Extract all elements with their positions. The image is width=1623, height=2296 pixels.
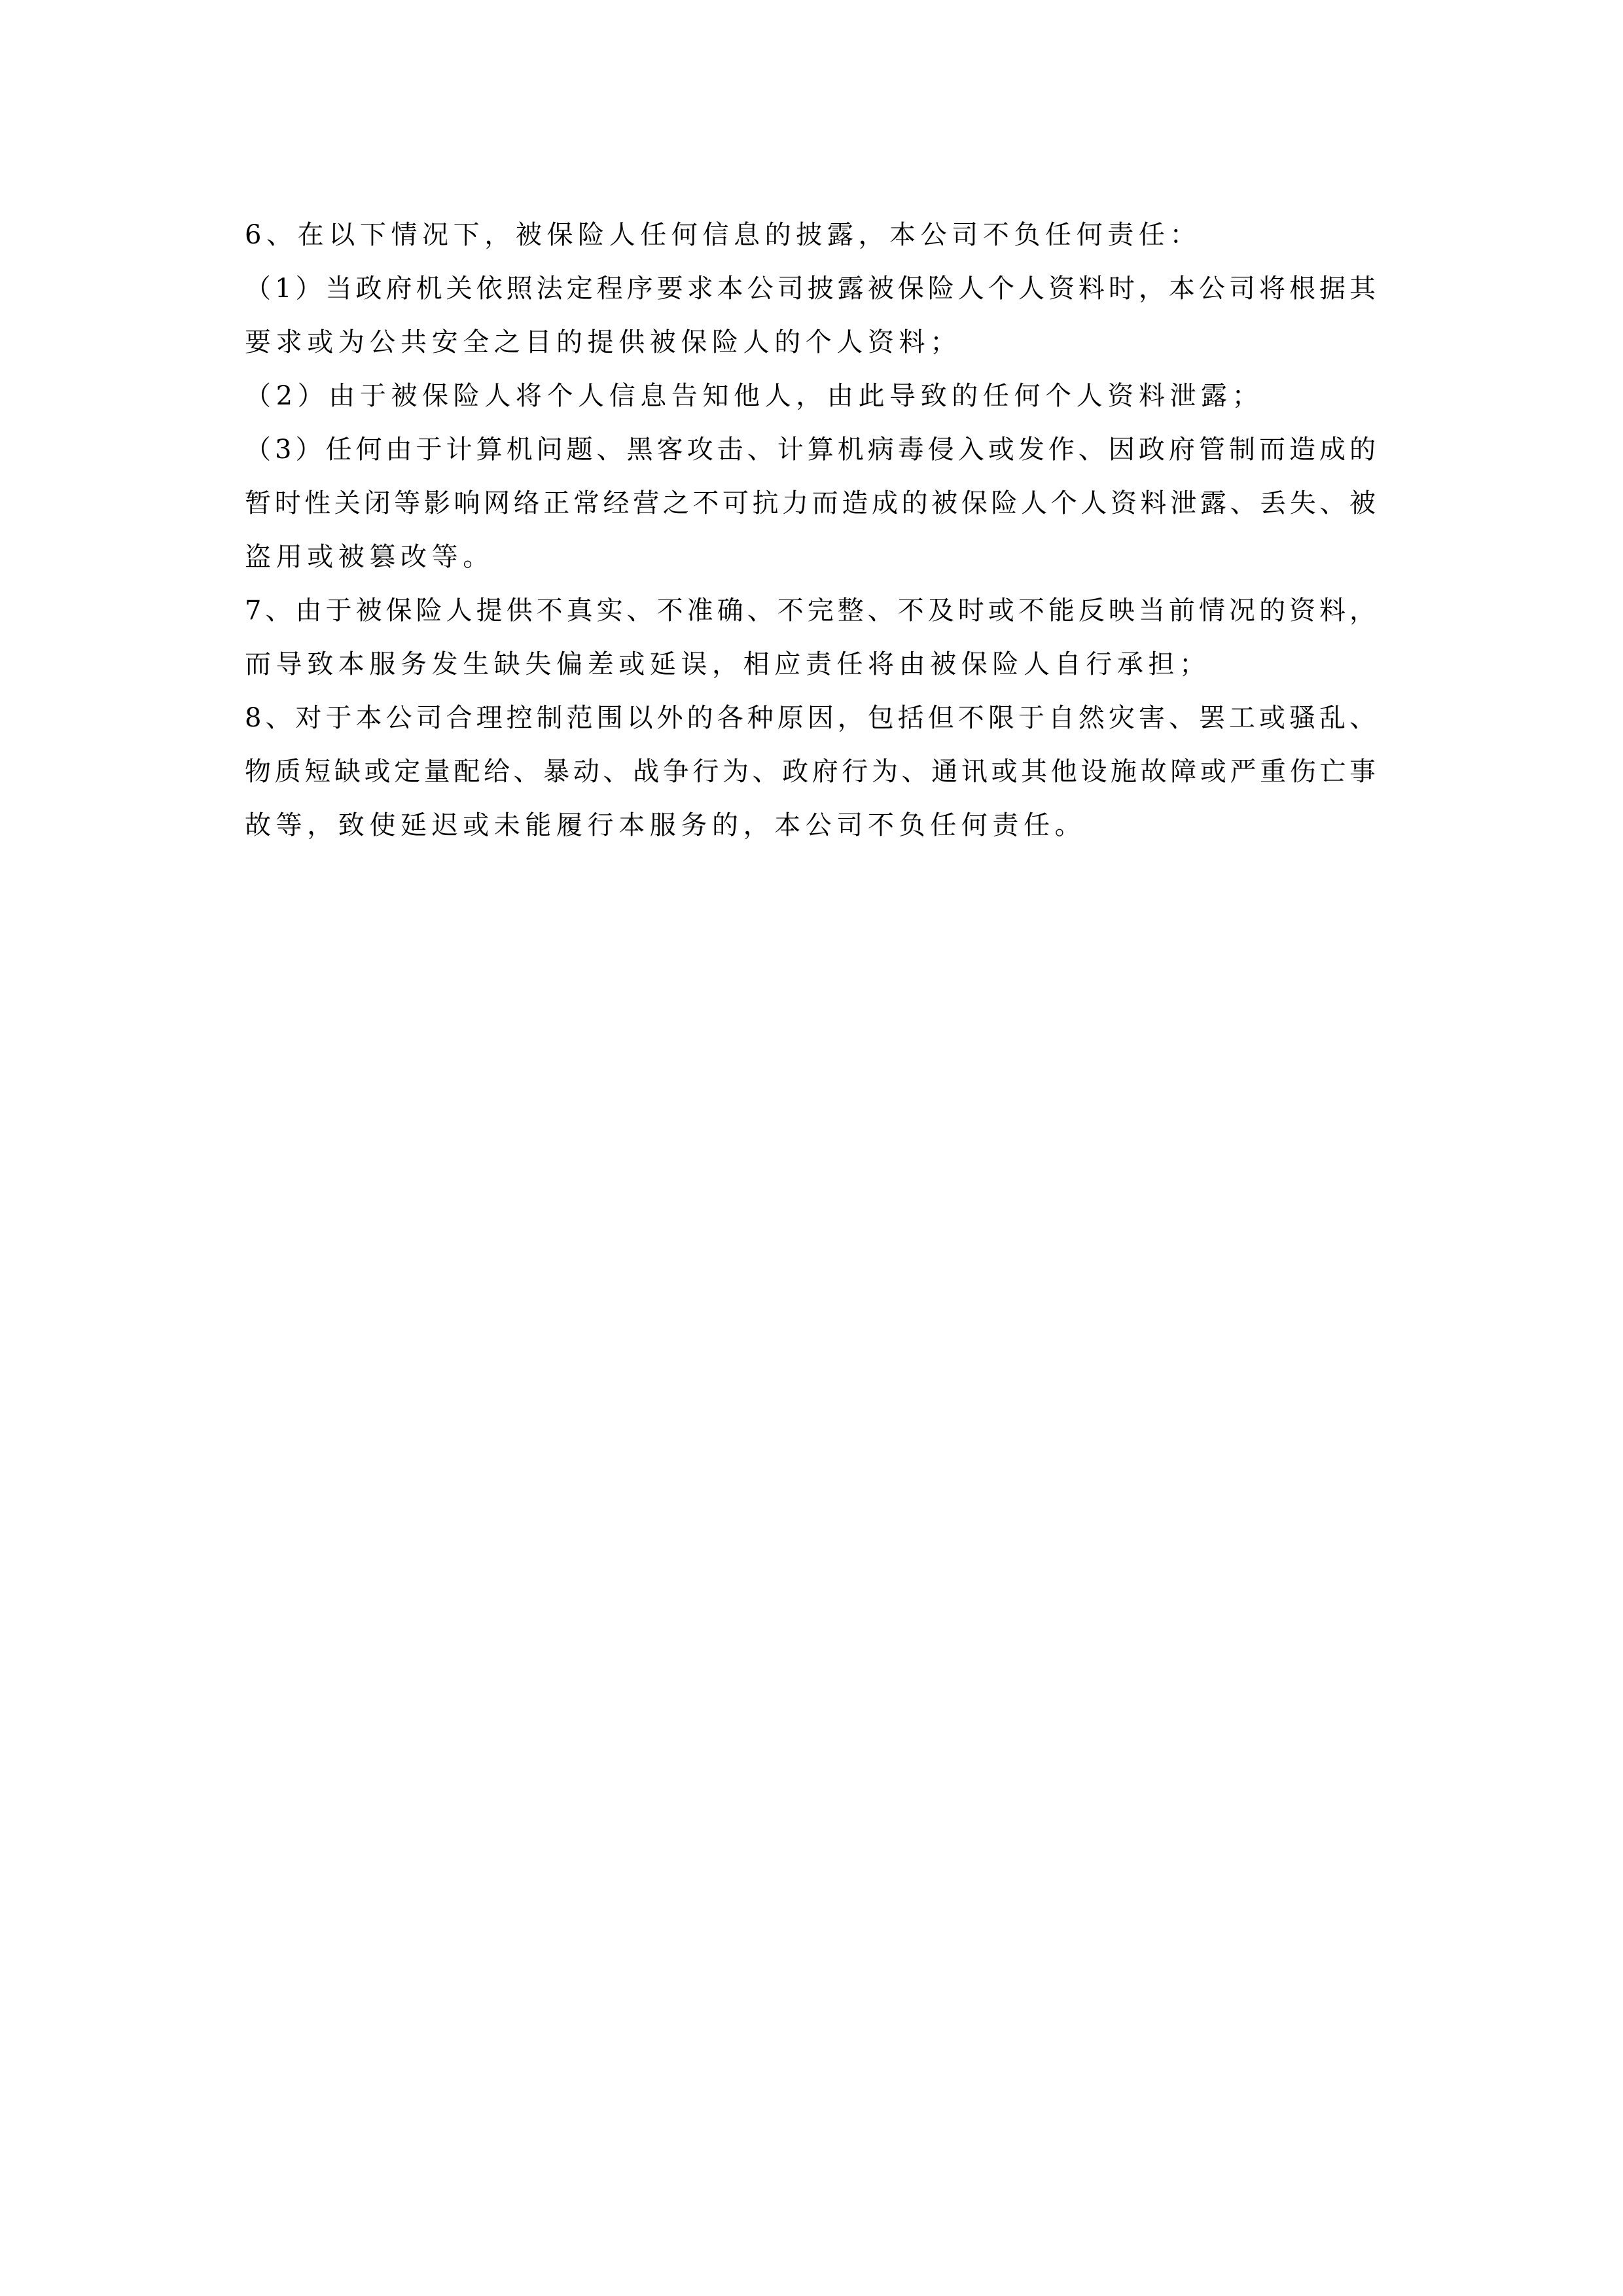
clause-6-3: （3）任何由于计算机问题、黑客攻击、计算机病毒侵入或发作、因政府管制而造成的 暂… bbox=[245, 423, 1376, 584]
paragraph-line: 故等，致使延迟或未能履行本服务的，本公司不负任何责任。 bbox=[245, 798, 1376, 852]
paragraph-line: 要求或为公共安全之目的提供被保险人的个人资料； bbox=[245, 315, 1376, 369]
paragraph-line: 物质短缺或定量配给、暴动、战争行为、政府行为、通讯或其他设施故障或严重伤亡事 bbox=[245, 745, 1376, 798]
paragraph-line: 盗用或被篡改等。 bbox=[245, 530, 1376, 584]
clause-6-2: （2）由于被保险人将个人信息告知他人，由此导致的任何个人资料泄露； bbox=[245, 369, 1376, 423]
paragraph-line: 8、对于本公司合理控制范围以外的各种原因，包括但不限于自然灾害、罢工或骚乱、 bbox=[245, 691, 1376, 745]
paragraph-line: （3）任何由于计算机问题、黑客攻击、计算机病毒侵入或发作、因政府管制而造成的 bbox=[245, 423, 1376, 476]
paragraph-line: 暂时性关闭等影响网络正常经营之不可抗力而造成的被保险人个人资料泄露、丢失、被 bbox=[245, 476, 1376, 530]
paragraph-line: 7、由于被保险人提供不真实、不准确、不完整、不及时或不能反映当前情况的资料， bbox=[245, 584, 1376, 637]
clause-6: 6、在以下情况下，被保险人任何信息的披露，本公司不负任何责任： bbox=[245, 208, 1376, 262]
paragraph-line: 6、在以下情况下，被保险人任何信息的披露，本公司不负任何责任： bbox=[245, 208, 1376, 262]
document-body: 6、在以下情况下，被保险人任何信息的披露，本公司不负任何责任： （1）当政府机关… bbox=[245, 208, 1376, 852]
paragraph-line: （2）由于被保险人将个人信息告知他人，由此导致的任何个人资料泄露； bbox=[245, 369, 1376, 423]
clause-6-1: （1）当政府机关依照法定程序要求本公司披露被保险人个人资料时，本公司将根据其 要… bbox=[245, 262, 1376, 369]
paragraph-line: 而导致本服务发生缺失偏差或延误，相应责任将由被保险人自行承担； bbox=[245, 637, 1376, 691]
paragraph-line: （1）当政府机关依照法定程序要求本公司披露被保险人个人资料时，本公司将根据其 bbox=[245, 262, 1376, 315]
clause-8: 8、对于本公司合理控制范围以外的各种原因，包括但不限于自然灾害、罢工或骚乱、 物… bbox=[245, 691, 1376, 852]
document-page: 6、在以下情况下，被保险人任何信息的披露，本公司不负任何责任： （1）当政府机关… bbox=[0, 0, 1623, 2296]
clause-7: 7、由于被保险人提供不真实、不准确、不完整、不及时或不能反映当前情况的资料， 而… bbox=[245, 584, 1376, 691]
